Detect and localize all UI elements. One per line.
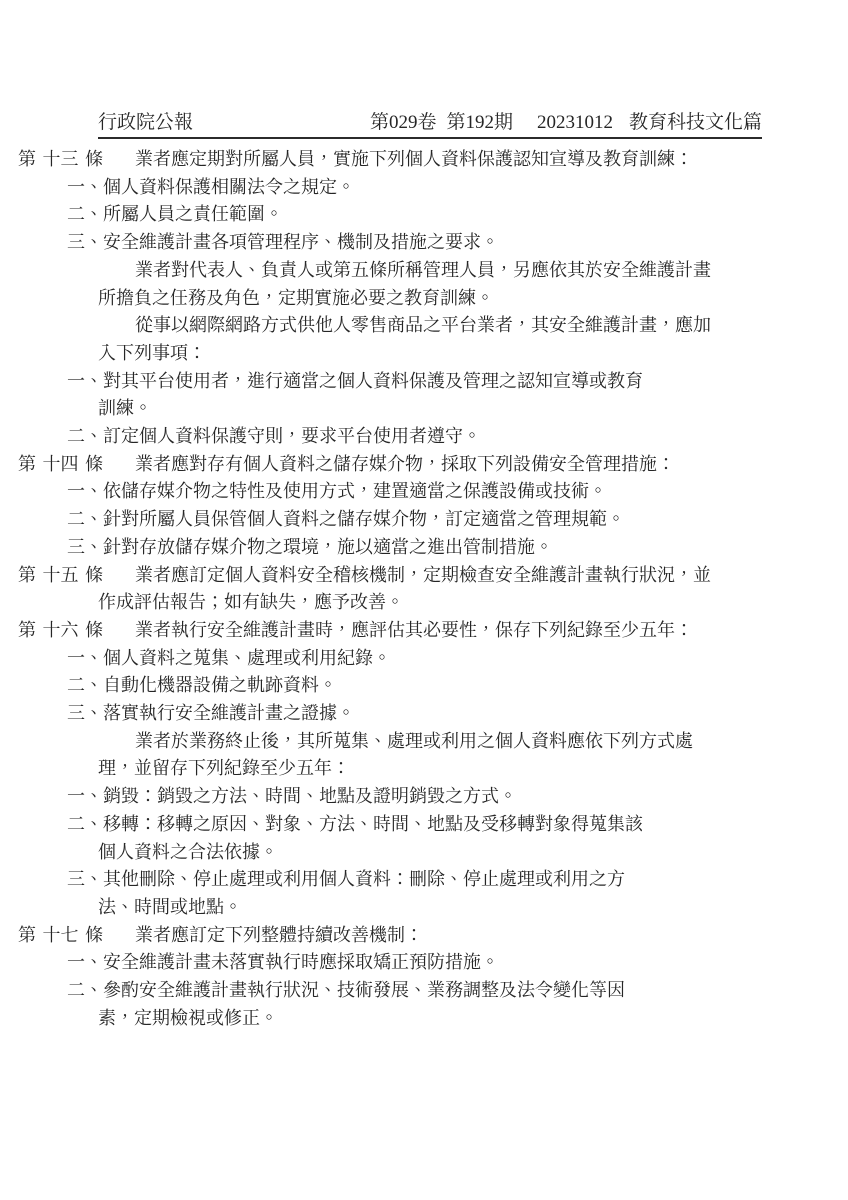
article-head-paragraph: 第 十三 條 業者應定期對所屬人員，實施下列個人資料保護認知宣導及教育訓練： xyxy=(98,146,712,174)
article-paragraph: 業者對代表人、負責人或第五條所稱管理人員，另應依其於安全維護計畫所擔負之任務及角… xyxy=(98,257,712,312)
article-item: 二、自動化機器設備之軌跡資料。 xyxy=(98,672,644,700)
article-head-paragraph: 第 十五 條 業者應訂定個人資料安全稽核機制，定期檢查安全維護計畫執行狀況，並作… xyxy=(98,562,712,617)
article-item: 一、對其平台使用者，進行適當之個人資料保護及管理之認知宣導或教育訓練。 xyxy=(98,368,644,423)
article-head-paragraph: 第 十七 條 業者應訂定下列整體持續改善機制： xyxy=(98,922,712,950)
article-item: 一、個人資料保護相關法令之規定。 xyxy=(98,174,644,202)
article-number: 第 十三 條 xyxy=(18,146,103,174)
article-item: 三、針對存放儲存媒介物之環境，施以適當之進出管制措施。 xyxy=(98,534,644,562)
issue-label: 第192期 xyxy=(446,112,513,134)
article-clause: 業者執行安全維護計畫時，應評估其必要性，保存下列紀錄至少五年： xyxy=(135,620,693,640)
article-item: 三、落實執行安全維護計畫之證據。 xyxy=(98,700,644,728)
article-item: 一、依儲存媒介物之特性及使用方式，建置適當之保護設備或技術。 xyxy=(98,478,644,506)
article-paragraph: 從事以網際網路方式供他人零售商品之平台業者，其安全維護計畫，應加入下列事項： xyxy=(98,312,712,367)
header-meta: 第029卷 第192期 20231012 教育科技文化篇 xyxy=(370,112,762,134)
gazette-page: 行政院公報 第029卷 第192期 20231012 教育科技文化篇 第 十三 … xyxy=(0,0,848,1200)
article-15: 第 十五 條 業者應訂定個人資料安全稽核機制，定期檢查安全維護計畫執行狀況，並作… xyxy=(98,562,792,617)
article-clause: 業者應訂定個人資料安全稽核機制，定期檢查安全維護計畫執行狀況，並作成評估報告；如… xyxy=(98,565,711,613)
article-item: 一、安全維護計畫未落實執行時應採取矯正預防措施。 xyxy=(98,949,644,977)
article-item: 二、所屬人員之責任範圍。 xyxy=(98,201,644,229)
article-item: 二、參酌安全維護計畫執行狀況、技術發展、業務調整及法令變化等因素，定期檢視或修正… xyxy=(98,977,644,1032)
article-item: 二、訂定個人資料保護守則，要求平台使用者遵守。 xyxy=(98,423,644,451)
article-clause: 業者應定期對所屬人員，實施下列個人資料保護認知宣導及教育訓練： xyxy=(135,149,693,169)
article-item: 三、其他刪除、停止處理或利用個人資料：刪除、停止處理或利用之方法、時間或地點。 xyxy=(98,866,644,921)
publication-title: 行政院公報 xyxy=(98,112,193,134)
volume-label: 第029卷 xyxy=(370,112,437,134)
article-item: 一、個人資料之蒐集、處理或利用紀錄。 xyxy=(98,645,644,673)
document-body: 第 十三 條 業者應定期對所屬人員，實施下列個人資料保護認知宣導及教育訓練： 一… xyxy=(98,146,792,1033)
article-16: 第 十六 條 業者執行安全維護計畫時，應評估其必要性，保存下列紀錄至少五年： 一… xyxy=(98,617,792,922)
article-item: 一、銷毀：銷毀之方法、時間、地點及證明銷毀之方式。 xyxy=(98,783,644,811)
article-number: 第 十五 條 xyxy=(18,562,103,590)
article-item: 二、針對所屬人員保管個人資料之儲存媒介物，訂定適當之管理規範。 xyxy=(98,506,644,534)
article-clause: 業者應對存有個人資料之儲存媒介物，採取下列設備安全管理措施： xyxy=(135,454,675,474)
article-paragraph: 業者於業務終止後，其所蒐集、處理或利用之個人資料應依下列方式處理，並留存下列紀錄… xyxy=(98,728,712,783)
date-label: 20231012 xyxy=(537,112,613,134)
article-item: 二、移轉：移轉之原因、對象、方法、時間、地點及受移轉對象得蒐集該個人資料之合法依… xyxy=(98,811,644,866)
article-clause: 業者應訂定下列整體持續改善機制： xyxy=(135,925,423,945)
article-head-paragraph: 第 十六 條 業者執行安全維護計畫時，應評估其必要性，保存下列紀錄至少五年： xyxy=(98,617,712,645)
article-item: 三、安全維護計畫各項管理程序、機制及措施之要求。 xyxy=(98,229,644,257)
article-13: 第 十三 條 業者應定期對所屬人員，實施下列個人資料保護認知宣導及教育訓練： 一… xyxy=(98,146,792,451)
article-number: 第 十六 條 xyxy=(18,617,103,645)
article-number: 第 十七 條 xyxy=(18,922,103,950)
article-number: 第 十四 條 xyxy=(18,451,103,479)
section-label: 教育科技文化篇 xyxy=(629,112,762,134)
article-14: 第 十四 條 業者應對存有個人資料之儲存媒介物，採取下列設備安全管理措施： 一、… xyxy=(98,451,792,562)
page-header: 行政院公報 第029卷 第192期 20231012 教育科技文化篇 xyxy=(98,112,762,139)
article-17: 第 十七 條 業者應訂定下列整體持續改善機制： 一、安全維護計畫未落實執行時應採… xyxy=(98,922,792,1033)
article-head-paragraph: 第 十四 條 業者應對存有個人資料之儲存媒介物，採取下列設備安全管理措施： xyxy=(98,451,712,479)
